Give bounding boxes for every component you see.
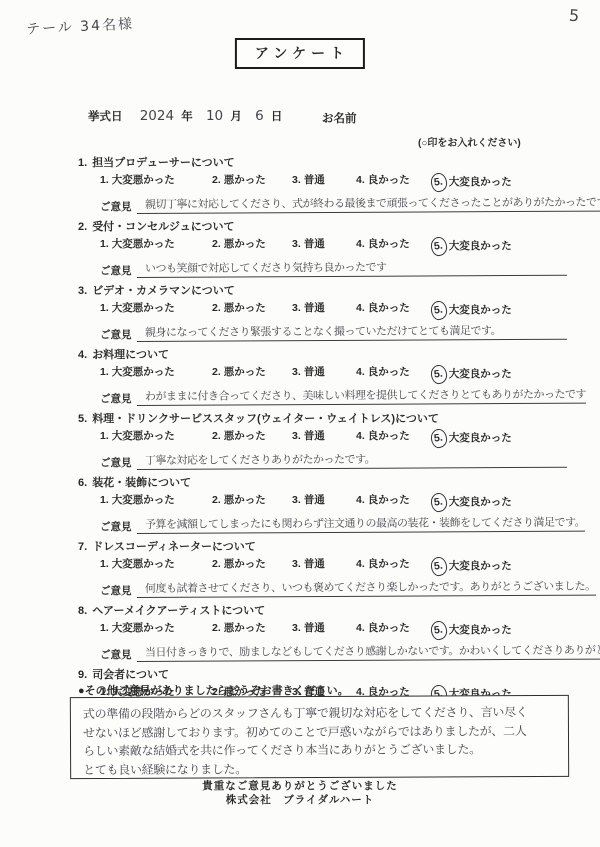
rating-option: 4.良かった — [356, 557, 436, 576]
rating-option-number: 3. — [292, 173, 301, 187]
question-block: 7.ドレスコーディネーターについて 1.大変悪かった 2.悪かった 3.普通 4… — [78, 540, 566, 598]
wedding-date-row: 挙式日 2024 年 10 月 6 日 — [88, 108, 282, 124]
rating-option: 2.悪かった — [212, 301, 292, 320]
rating-option-label: 良かった — [368, 622, 410, 634]
rating-option: 1.大変悪かった — [100, 429, 212, 448]
rating-option-label: 普通 — [304, 494, 325, 506]
rating-option-number: 2. — [212, 429, 221, 443]
rating-option: 5.大変良かった — [436, 365, 512, 384]
rating-option-label: 大変悪かった — [112, 622, 175, 634]
opinion-comment-handwritten: 丁寧な対応をしてくださりありがたかったです。 — [136, 450, 566, 470]
opinion-comment-handwritten: わがままに付き合ってくださり、美味しい料理を提供してくださりとてもありがたかった… — [136, 386, 585, 406]
wedding-date-month-value: 10 — [206, 108, 223, 124]
opinion-label: ご意見 — [100, 647, 137, 662]
rating-options-row: 1.大変悪かった 2.悪かった 3.普通 4.良かった 5.大変良かった — [100, 557, 566, 576]
handwritten-page-number: 5 — [568, 6, 579, 26]
question-title: ヘアーメイクアーティストについて — [92, 605, 265, 617]
question-title: 料理・ドリンクサービススタッフ(ウェイター・ウェイトレス)について — [92, 413, 439, 425]
rating-option: 3.普通 — [292, 173, 356, 192]
opinion-comment-handwritten: 親切丁寧に対応してくださり、式が終わる最後まで頑張ってくださったことがありがたか… — [136, 194, 600, 214]
rating-option: 1.大変悪かった — [100, 173, 212, 192]
year-unit: 年 — [181, 111, 193, 123]
rating-option-label: 大変良かった — [449, 176, 512, 188]
questions-list: 1.担当プロデューサーについて 1.大変悪かった 2.悪かった 3.普通 4.良… — [78, 156, 566, 732]
rating-option-number: 1. — [100, 557, 109, 571]
rating-option: 2.悪かった — [212, 557, 292, 576]
opinion-label: ご意見 — [100, 327, 137, 342]
rating-option: 2.悪かった — [212, 365, 292, 384]
rating-option: 3.普通 — [292, 557, 356, 576]
rating-option-label: 良かった — [368, 558, 410, 570]
opinion-comment-handwritten: 予算を減額してしまったにも関わらず注文通りの最高の装花・装飾をしてくださり満足で… — [136, 514, 584, 534]
rating-option: 5.大変良かった — [436, 301, 512, 320]
footer-company: 株式会社 ブライダルハート — [0, 793, 600, 807]
rating-option: 5.大変良かった — [436, 429, 512, 448]
rating-option: 1.大変悪かった — [100, 557, 212, 576]
question-block: 6.装花・装飾について 1.大変悪かった 2.悪かった 3.普通 4.良かった … — [78, 476, 566, 534]
day-unit: 日 — [271, 111, 283, 123]
rating-option: 5.大変良かった — [436, 237, 512, 256]
rating-option: 1.大変悪かった — [100, 301, 212, 320]
opinion-label: ご意見 — [100, 583, 137, 598]
rating-option-label: 悪かった — [224, 430, 266, 442]
rating-option-label: 大変良かった — [449, 432, 512, 444]
footer-thanks: 貴重なご意見ありがとうございました — [0, 779, 600, 793]
rating-option-label: 普通 — [304, 622, 325, 634]
rating-option-label: 大変良かった — [449, 560, 512, 572]
opinion-label: ご意見 — [100, 391, 137, 406]
opinion-label: ご意見 — [100, 455, 137, 470]
rating-option-label: 普通 — [304, 558, 325, 570]
rating-option-label: 大変悪かった — [112, 494, 175, 506]
opinion-comment-handwritten: 何度も試着させてくださり、いつも褒めてくださり楽しかったです。ありがとうございま… — [136, 578, 595, 598]
question-title: お料理について — [92, 349, 169, 361]
other-comment-line: 式の準備の段階からどのスタッフさんも丁寧で親切な対応をしてくださり、言い尽く — [83, 703, 556, 724]
rating-option-label: 悪かった — [224, 238, 266, 250]
rating-option-label: 悪かった — [224, 622, 266, 634]
rating-option-label: 大変良かった — [449, 496, 512, 508]
rating-option-number: 1. — [100, 365, 109, 379]
rating-option: 3.普通 — [292, 493, 356, 512]
rating-options-row: 1.大変悪かった 2.悪かった 3.普通 4.良かった 5.大変良かった — [100, 173, 566, 192]
rating-option-number: 4. — [356, 301, 365, 315]
other-comment-line: せないほど感謝しております。初めてのことで戸惑いながらではありましたが、二人 — [83, 721, 556, 742]
question-number: 6. — [78, 477, 87, 489]
name-field-label: お名前 — [322, 110, 357, 126]
rating-options-row: 1.大変悪かった 2.悪かった 3.普通 4.良かった 5.大変良かった — [100, 429, 566, 448]
rating-option: 4.良かった — [356, 365, 436, 384]
rating-option-number: 4. — [356, 621, 365, 635]
question-title: 司会者について — [92, 669, 169, 681]
footer: 貴重なご意見ありがとうございました 株式会社 ブライダルハート — [0, 779, 600, 807]
rating-option-number: 4. — [356, 365, 365, 379]
rating-option-label: 普通 — [304, 430, 325, 442]
rating-options-row: 1.大変悪かった 2.悪かった 3.普通 4.良かった 5.大変良かった — [100, 301, 566, 320]
rating-option: 2.悪かった — [212, 493, 292, 512]
question-number: 9. — [78, 669, 87, 681]
rating-option-number: 3. — [292, 557, 301, 571]
question-number: 1. — [78, 157, 87, 169]
rating-option-number: 1. — [100, 237, 109, 251]
rating-option-label: 普通 — [304, 302, 325, 314]
question-block: 8.ヘアーメイクアーティストについて 1.大変悪かった 2.悪かった 3.普通 … — [78, 604, 566, 662]
questionnaire-sheet: テール 34名様 5 アンケート 挙式日 2024 年 10 月 6 日 お名前… — [0, 0, 600, 847]
rating-option: 2.悪かった — [212, 429, 292, 448]
rating-option: 3.普通 — [292, 365, 356, 384]
rating-option-number: 3. — [292, 365, 301, 379]
rating-option-label: 普通 — [304, 366, 325, 378]
opinion-label: ご意見 — [100, 519, 137, 534]
month-unit: 月 — [230, 111, 242, 123]
question-title: ドレスコーディネーターについて — [92, 541, 256, 553]
rating-option: 4.良かった — [356, 621, 436, 640]
rating-option-number: 1. — [100, 301, 109, 315]
rating-option-number: 4. — [356, 173, 365, 187]
rating-options-row: 1.大変悪かった 2.悪かった 3.普通 4.良かった 5.大変良かった — [100, 365, 566, 384]
wedding-date-year-value: 2024 — [140, 108, 174, 124]
rating-option-number: 3. — [292, 301, 301, 315]
rating-options-row: 1.大変悪かった 2.悪かった 3.普通 4.良かった 5.大変良かった — [100, 621, 566, 640]
question-number: 7. — [78, 541, 87, 553]
question-number: 8. — [78, 605, 87, 617]
rating-option-label: 大変良かった — [449, 368, 512, 380]
rating-option-label: 大変悪かった — [112, 558, 175, 570]
rating-option-label: 悪かった — [224, 174, 266, 186]
wedding-date-label: 挙式日 — [88, 111, 123, 123]
rating-option-number: 4. — [356, 493, 365, 507]
question-block: 5.料理・ドリンクサービススタッフ(ウェイター・ウェイトレス)について 1.大変… — [78, 412, 566, 470]
page-title: アンケート — [235, 38, 365, 69]
rating-option-label: 普通 — [304, 174, 325, 186]
handwritten-corner-note: テール 34名様 — [26, 13, 135, 39]
rating-option: 5.大変良かった — [436, 173, 512, 192]
opinion-comment-handwritten: いつも笑顔で対応してくださり気持ち良かったです — [136, 258, 566, 278]
wedding-date-day-value: 6 — [255, 108, 264, 124]
rating-option-number: 4. — [356, 429, 365, 443]
rating-option: 3.普通 — [292, 621, 356, 640]
rating-options-row: 1.大変悪かった 2.悪かった 3.普通 4.良かった 5.大変良かった — [100, 237, 566, 256]
rating-option-label: 大変良かった — [449, 624, 512, 636]
rating-option: 2.悪かった — [212, 173, 292, 192]
rating-option-label: 大変良かった — [449, 304, 512, 316]
opinion-label: ご意見 — [100, 263, 137, 278]
rating-option: 4.良かった — [356, 237, 436, 256]
rating-option-number: 3. — [292, 429, 301, 443]
question-block: 2.受付・コンセルジュについて 1.大変悪かった 2.悪かった 3.普通 4.良… — [78, 220, 566, 278]
rating-option-number: 2. — [212, 237, 221, 251]
rating-option: 5.大変良かった — [436, 557, 512, 576]
rating-option-label: 大変悪かった — [112, 430, 175, 442]
rating-option: 2.悪かった — [212, 237, 292, 256]
other-comment-line: らしい素敵な結婚式を共に作ってくださり本当にありがとうございました。 — [83, 740, 556, 761]
rating-option-label: 良かった — [368, 366, 410, 378]
rating-option-label: 良かった — [368, 238, 410, 250]
opinion-comment-handwritten: 親身になってくださり緊張することなく撮っていただけてとても満足です。 — [136, 322, 566, 342]
rating-option-number: 2. — [212, 621, 221, 635]
rating-option-number: 1. — [100, 493, 109, 507]
rating-option-number: 1. — [100, 621, 109, 635]
rating-option: 3.普通 — [292, 237, 356, 256]
rating-option-number: 4. — [356, 557, 365, 571]
rating-option: 3.普通 — [292, 429, 356, 448]
rating-option: 5.大変良かった — [436, 621, 512, 640]
rating-option-number: 1. — [100, 429, 109, 443]
rating-option-label: 良かった — [368, 494, 410, 506]
rating-option-label: 悪かった — [224, 558, 266, 570]
question-block: 1.担当プロデューサーについて 1.大変悪かった 2.悪かった 3.普通 4.良… — [78, 156, 566, 214]
rating-option-number: 2. — [212, 173, 221, 187]
rating-option-label: 普通 — [304, 238, 325, 250]
rating-option-number: 2. — [212, 557, 221, 571]
question-number: 3. — [78, 285, 87, 297]
rating-option-label: 悪かった — [224, 302, 266, 314]
rating-option: 4.良かった — [356, 493, 436, 512]
rating-option: 1.大変悪かった — [100, 237, 212, 256]
question-block: 4.お料理について 1.大変悪かった 2.悪かった 3.普通 4.良かった 5.… — [78, 348, 566, 406]
rating-option-label: 悪かった — [224, 494, 266, 506]
question-title: 受付・コンセルジュについて — [92, 221, 234, 233]
rating-option: 1.大変悪かった — [100, 493, 212, 512]
opinion-label: ご意見 — [100, 199, 137, 214]
rating-option-label: 悪かった — [224, 366, 266, 378]
question-title: 担当プロデューサーについて — [92, 157, 234, 169]
rating-option-label: 大変悪かった — [112, 366, 175, 378]
rating-options-row: 1.大変悪かった 2.悪かった 3.普通 4.良かった 5.大変良かった — [100, 493, 566, 512]
rating-option-label: 大変悪かった — [112, 238, 175, 250]
rating-option: 4.良かった — [356, 173, 436, 192]
question-number: 2. — [78, 221, 87, 233]
rating-option-label: 大変悪かった — [112, 174, 175, 186]
rating-option-label: 大変良かった — [449, 240, 512, 252]
question-title: ビデオ・カメラマンについて — [92, 285, 235, 297]
rating-option-number: 3. — [292, 237, 301, 251]
rating-option-number: 2. — [212, 493, 221, 507]
rating-option-label: 良かった — [368, 302, 410, 314]
rating-option-number: 4. — [356, 237, 365, 251]
rating-option: 3.普通 — [292, 301, 356, 320]
rating-option: 4.良かった — [356, 301, 436, 320]
rating-option-number: 2. — [212, 301, 221, 315]
rating-option-number: 2. — [212, 365, 221, 379]
rating-option-number: 3. — [292, 493, 301, 507]
rating-option-label: 良かった — [368, 430, 410, 442]
other-comments-box: 式の準備の段階からどのスタッフさんも丁寧で親切な対応をしてくださり、言い尽く せ… — [70, 695, 569, 779]
opinion-comment-handwritten: 当日付きっきりで、励ましなどもしてくださり感謝しかないです。かわいくしてくださり… — [136, 641, 600, 662]
question-title: 装花・装飾について — [92, 477, 191, 489]
question-number: 4. — [78, 349, 87, 361]
rating-option: 1.大変悪かった — [100, 365, 212, 384]
circle-instruction: (○印をお入れください) — [418, 134, 521, 149]
rating-option-number: 1. — [100, 173, 109, 187]
rating-option-label: 大変悪かった — [112, 302, 175, 314]
rating-option-label: 良かった — [368, 174, 410, 186]
rating-option: 4.良かった — [356, 429, 436, 448]
question-block: 3.ビデオ・カメラマンについて 1.大変悪かった 2.悪かった 3.普通 4.良… — [78, 284, 566, 342]
rating-option: 1.大変悪かった — [100, 621, 212, 640]
other-comment-line: とても良い経験になりました。 — [83, 758, 556, 779]
rating-option: 2.悪かった — [212, 621, 292, 640]
question-number: 5. — [78, 413, 87, 425]
rating-option: 5.大変良かった — [436, 493, 512, 512]
rating-option-number: 3. — [292, 621, 301, 635]
